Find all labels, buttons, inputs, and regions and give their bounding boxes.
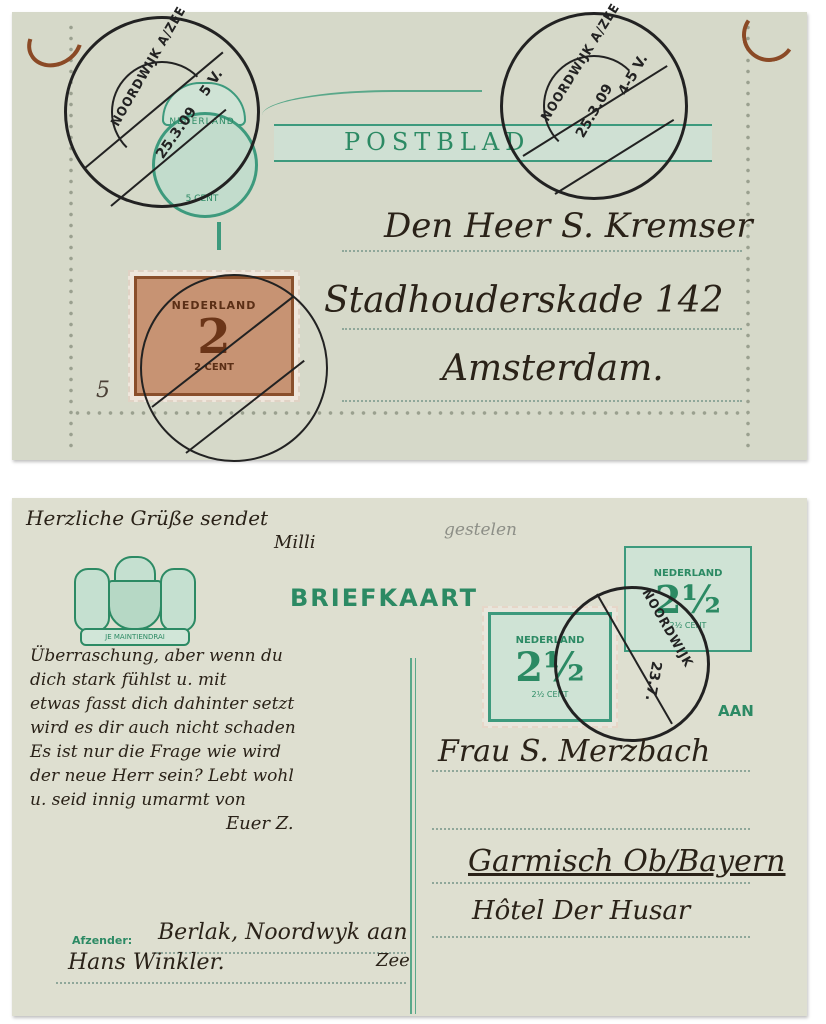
postmark-left: NOORDWIJK A/ZEE 25.3.09 5 V. bbox=[64, 16, 260, 208]
address-line-3 bbox=[432, 882, 750, 884]
greeting-text: Herzliche Grüße sendet bbox=[26, 506, 268, 530]
message-line: dich stark fühlst u. mit bbox=[30, 668, 410, 692]
sender-address: Berlak, Noordwyk aan bbox=[158, 920, 408, 945]
sender-address-cont: Zee bbox=[376, 950, 410, 971]
message-line: wird es dir auch nicht schaden bbox=[30, 716, 410, 740]
address-line-1 bbox=[432, 770, 750, 772]
postblad-title: POSTBLAD bbox=[344, 128, 530, 156]
sender-label: Afzender: bbox=[72, 934, 132, 947]
address-line-4 bbox=[432, 936, 750, 938]
sender-line-2 bbox=[56, 982, 406, 984]
message-line: Es ist nur die Frage wie wird bbox=[30, 740, 410, 764]
message-line: etwas fasst dich dahinter setzt bbox=[30, 692, 410, 716]
margin-mark: 5 bbox=[96, 378, 110, 403]
postmark-right: NOORDWIJK A/ZEE 25.3.09 4-5 V. bbox=[500, 12, 688, 200]
message-line: Überraschung, aber wenn du bbox=[30, 644, 410, 668]
recipient-name: Frau S. Merzbach bbox=[438, 734, 710, 769]
greeting-signature: Milli bbox=[274, 532, 315, 553]
message-signature: Euer Z. bbox=[30, 812, 410, 836]
address-line-1 bbox=[342, 250, 742, 252]
sender-name: Hans Winkler. bbox=[68, 950, 225, 975]
briefkaart-title: BRIEFKAART bbox=[290, 584, 478, 612]
pencil-note: gestelen bbox=[444, 520, 517, 540]
message-block: Überraschung, aber wenn du dich stark fü… bbox=[30, 644, 410, 836]
briefkaart-card: Herzliche Grüße sendet Milli gestelen JE… bbox=[12, 498, 807, 1016]
address-line-2 bbox=[432, 828, 750, 830]
postmark-noordwijk: NOORDWIJK 23.7. bbox=[554, 586, 710, 742]
address-line-3 bbox=[342, 400, 742, 402]
address-line-2 bbox=[342, 328, 742, 330]
aan-label: AAN bbox=[718, 702, 754, 720]
coat-of-arms-icon: JE MAINTIENDRAI bbox=[70, 556, 196, 644]
divider-line bbox=[410, 658, 412, 1014]
recipient-city: Amsterdam. bbox=[442, 348, 664, 389]
postmark-adhesive-cancel bbox=[140, 274, 328, 462]
postmark-date: 23.7. bbox=[642, 660, 665, 702]
divider-line-inner bbox=[415, 658, 416, 1014]
postblad-card: NEDERLAND 5 CENT POSTBLAD Den Heer S. Kr… bbox=[12, 12, 807, 460]
message-line: u. seid innig umarmt von bbox=[30, 788, 410, 812]
recipient-hotel: Hôtel Der Husar bbox=[472, 896, 690, 926]
recipient-name: Den Heer S. Kremser bbox=[384, 206, 753, 246]
recipient-street: Stadhouderskade 142 bbox=[324, 280, 724, 321]
ornament-arrow-icon bbox=[217, 222, 221, 250]
recipient-city: Garmisch Ob/Bayern bbox=[468, 844, 786, 879]
message-line: der neue Herr sein? Lebt wohl bbox=[30, 764, 410, 788]
